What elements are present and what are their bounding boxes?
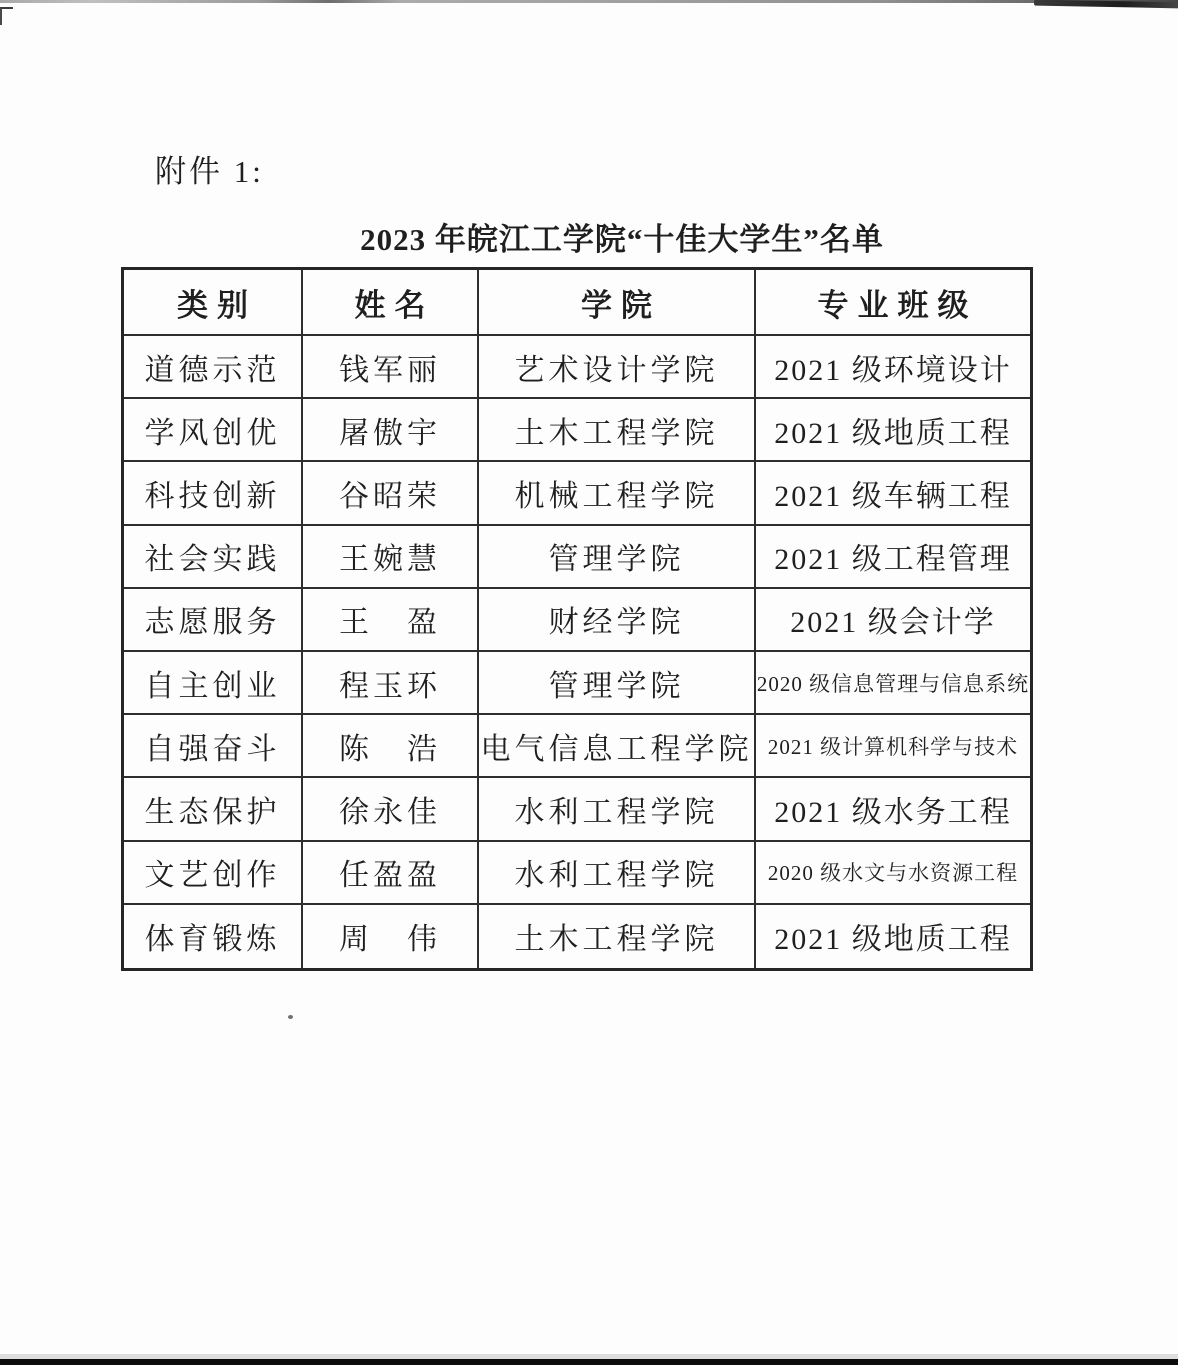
cell-name: 程玉环	[303, 652, 479, 715]
cell-category: 学风创优	[124, 399, 303, 462]
cell-category: 生态保护	[124, 778, 303, 841]
cell-category: 道德示范	[124, 336, 303, 399]
cell-major-class: 2021 级地质工程	[756, 905, 1030, 968]
cell-college: 财经学院	[479, 589, 756, 652]
table-header-row: 类别 姓名 学院 专业班级	[124, 270, 1030, 336]
cell-major-class: 2021 级水务工程	[756, 778, 1030, 841]
column-header-college: 学院	[479, 270, 756, 336]
table-row: 生态保护徐永佳水利工程学院2021 级水务工程	[124, 778, 1030, 841]
scan-artifact-top-edge	[0, 0, 1178, 3]
column-header-major-class: 专业班级	[756, 270, 1030, 336]
table-body: 道德示范钱军丽艺术设计学院2021 级环境设计学风创优屠傲宇土木工程学院2021…	[124, 336, 1030, 968]
cell-college: 土木工程学院	[479, 905, 756, 968]
students-table: 类别 姓名 学院 专业班级 道德示范钱军丽艺术设计学院2021 级环境设计学风创…	[121, 267, 1033, 971]
attachment-label: 附件 1:	[155, 146, 264, 191]
page-title: 2023 年皖江工学院“十佳大学生”名单	[66, 214, 1178, 259]
cell-major-class: 2021 级计算机科学与技术	[756, 715, 1030, 778]
cell-college: 管理学院	[479, 652, 756, 715]
table-row: 体育锻炼周 伟土木工程学院2021 级地质工程	[124, 905, 1030, 968]
cell-college: 艺术设计学院	[479, 336, 756, 399]
cell-name: 陈 浩	[303, 715, 479, 778]
scanned-page: 附件 1: 2023 年皖江工学院“十佳大学生”名单 类别 姓名 学院 专业班级…	[0, 0, 1178, 1365]
cell-major-class: 2021 级工程管理	[756, 526, 1030, 589]
scan-artifact-corner-bracket	[0, 7, 13, 25]
cell-name: 王 盈	[303, 589, 479, 652]
cell-college: 电气信息工程学院	[479, 715, 756, 778]
cell-major-class: 2020 级信息管理与信息系统	[756, 652, 1030, 715]
cell-name: 钱军丽	[303, 336, 479, 399]
cell-major-class: 2021 级环境设计	[756, 336, 1030, 399]
table-row: 学风创优屠傲宇土木工程学院2021 级地质工程	[124, 399, 1030, 462]
cell-category: 志愿服务	[124, 589, 303, 652]
table-row: 自主创业程玉环管理学院2020 级信息管理与信息系统	[124, 652, 1030, 715]
column-header-name: 姓名	[303, 270, 479, 336]
cell-category: 自主创业	[124, 652, 303, 715]
scan-artifact-bottom-black-bar	[0, 1359, 1178, 1365]
scan-artifact-dot	[288, 1015, 293, 1019]
cell-college: 管理学院	[479, 526, 756, 589]
cell-major-class: 2020 级水文与水资源工程	[756, 842, 1030, 905]
table-row: 志愿服务王 盈财经学院2021 级会计学	[124, 589, 1030, 652]
table-row: 科技创新谷昭荣机械工程学院2021 级车辆工程	[124, 462, 1030, 525]
cell-category: 社会实践	[124, 526, 303, 589]
cell-name: 屠傲宇	[303, 399, 479, 462]
cell-college: 水利工程学院	[479, 778, 756, 841]
cell-category: 体育锻炼	[124, 905, 303, 968]
cell-college: 土木工程学院	[479, 399, 756, 462]
cell-category: 科技创新	[124, 462, 303, 525]
table-row: 文艺创作任盈盈水利工程学院2020 级水文与水资源工程	[124, 842, 1030, 905]
cell-college: 水利工程学院	[479, 842, 756, 905]
column-header-category: 类别	[124, 270, 303, 336]
cell-major-class: 2021 级车辆工程	[756, 462, 1030, 525]
scan-artifact-top-right	[1034, 0, 1178, 8]
cell-name: 徐永佳	[303, 778, 479, 841]
table-row: 道德示范钱军丽艺术设计学院2021 级环境设计	[124, 336, 1030, 399]
cell-category: 自强奋斗	[124, 715, 303, 778]
cell-major-class: 2021 级地质工程	[756, 399, 1030, 462]
cell-college: 机械工程学院	[479, 462, 756, 525]
table-row: 社会实践王婉慧管理学院2021 级工程管理	[124, 526, 1030, 589]
cell-name: 任盈盈	[303, 842, 479, 905]
cell-name: 王婉慧	[303, 526, 479, 589]
cell-name: 周 伟	[303, 905, 479, 968]
cell-name: 谷昭荣	[303, 462, 479, 525]
cell-category: 文艺创作	[124, 842, 303, 905]
cell-major-class: 2021 级会计学	[756, 589, 1030, 652]
table-row: 自强奋斗陈 浩电气信息工程学院2021 级计算机科学与技术	[124, 715, 1030, 778]
